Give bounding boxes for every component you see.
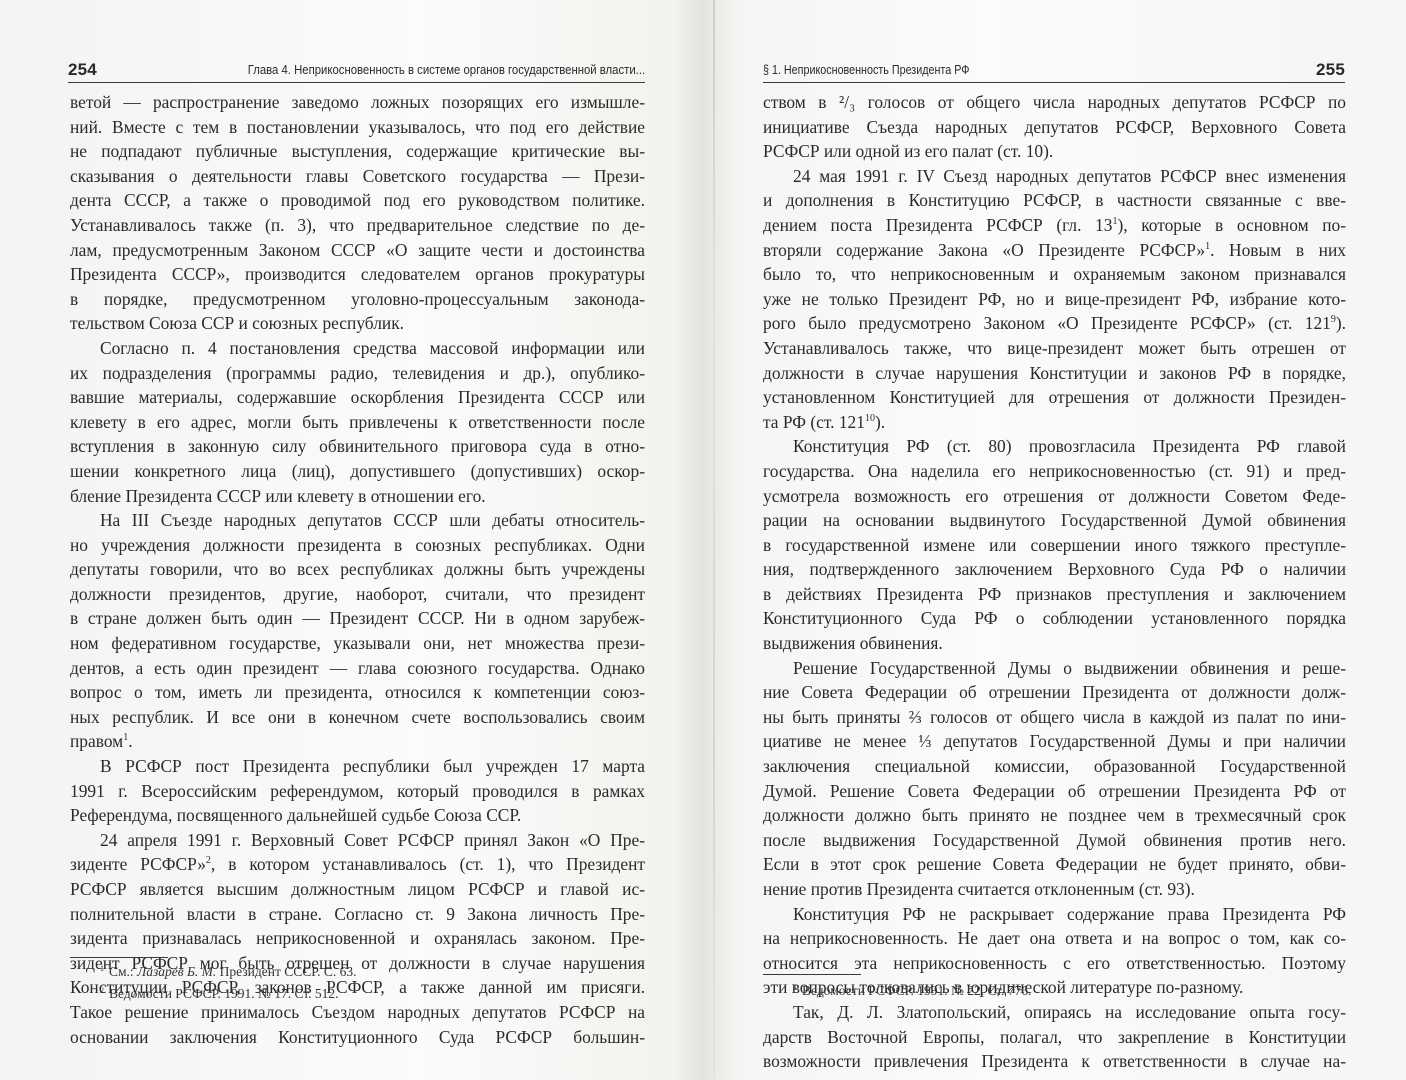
text-line: установленном Конституцией для отрешения…	[763, 385, 1346, 410]
text-line: ние Совета Федерации об отрешении Презид…	[763, 680, 1346, 705]
text-line: тельством Союза ССР и союзных республик.	[70, 311, 645, 336]
text-line: лам, предусмотренным Законом СССР «О защ…	[70, 238, 645, 263]
text-line: Устанавливалось также, что вице-президен…	[763, 336, 1346, 361]
right-page: § 1. Неприкосновенность Президента РФ 25…	[703, 0, 1406, 1080]
footnote-separator	[763, 974, 861, 975]
text-line: рации на основании выдвинутого Государст…	[763, 508, 1346, 533]
text-line: РСФСР или одной из его палат (ст. 10).	[763, 139, 1346, 164]
text-line: зиденте РСФСР»2, в котором устанавливало…	[70, 852, 645, 877]
text-line: их подразделения (программы радио, телев…	[70, 361, 645, 386]
section-title: § 1. Неприкосновенность Президента РФ	[763, 61, 969, 82]
text-line: ных республик. И все они в конечном счет…	[70, 705, 645, 730]
text-line: РСФСР является высшим должностным лицом …	[70, 877, 645, 902]
text-line: в действиях Президента РФ признаков прес…	[763, 582, 1346, 607]
text-line: должности должно быть принято не позднее…	[763, 803, 1346, 828]
text-line: рого было предусмотрено Законом «О Прези…	[763, 311, 1346, 336]
text-line: ны быть приняты ⅔ голосов от общего числ…	[763, 705, 1346, 730]
text-line: бление Президента СССР или клевету в отн…	[70, 484, 645, 509]
text-line: ния, подтвержденного заключением Верховн…	[763, 557, 1346, 582]
text-line: Конституционного Суда РФ о соблюдении ус…	[763, 606, 1346, 631]
right-running-head: § 1. Неприкосновенность Президента РФ 25…	[763, 58, 1345, 83]
text-line: шении конкретного лица (лиц), допустивше…	[70, 459, 645, 484]
text-line: дента СССР, а также о проводимой под его…	[70, 188, 645, 213]
right-body-text: ством в ²/₃ голосов от общего числа наро…	[763, 90, 1346, 1074]
text-line: Референдума, посвященного дальнейшей суд…	[70, 803, 645, 828]
text-line: основании заключения Конституционного Су…	[70, 1025, 645, 1050]
text-line: депутаты говорили, что во всех республик…	[70, 557, 645, 582]
text-line: вавшие материалы, содержавшие оскорблени…	[70, 385, 645, 410]
chapter-title: Глава 4. Неприкосновенность в системе ор…	[248, 61, 645, 82]
left-body-text: ветой — распространение заведомо ложных …	[70, 90, 645, 1049]
text-line: Решение Государственной Думы о выдвижени…	[763, 656, 1346, 681]
footnote: 1См.: Лазарев Б. М. Президент СССР. С. 6…	[70, 961, 356, 983]
text-line: та РФ (ст. 12110).	[763, 410, 1346, 435]
left-footnotes: 1См.: Лазарев Б. М. Президент СССР. С. 6…	[70, 961, 356, 1005]
text-line: государства. Она наделила его неприкосно…	[763, 459, 1346, 484]
text-line: но учреждения должности президента в сою…	[70, 533, 645, 558]
text-line: заключения специальной комиссии, образов…	[763, 754, 1346, 779]
footnote-separator	[70, 957, 168, 958]
text-line: сказывания о деятельности главы Советско…	[70, 164, 645, 189]
text-line: правом1.	[70, 729, 645, 754]
text-line: 24 апреля 1991 г. Верховный Совет РСФСР …	[70, 828, 645, 853]
text-line: зидента признавалась неприкосновенной и …	[70, 926, 645, 951]
text-line: Устанавливалось также (п. 3), что предва…	[70, 213, 645, 238]
text-line: 24 мая 1991 г. IV Съезд народных депутат…	[763, 164, 1346, 189]
footnote-ref: 10	[865, 413, 875, 424]
text-line: дарств Восточной Европы, полагал, что за…	[763, 1025, 1346, 1050]
text-line: дентов, а есть один президент — глава со…	[70, 656, 645, 681]
text-line: было то, что неприкосновенным и охраняем…	[763, 262, 1346, 287]
text-line: клевету в его адрес, могли быть привлече…	[70, 410, 645, 435]
text-line: Конституция РФ не раскрывает содержание …	[763, 902, 1346, 927]
text-line: Конституция РФ (ст. 80) провозгласила Пр…	[763, 434, 1346, 459]
text-line: и дополнения в Конституцию РСФСР, в част…	[763, 188, 1346, 213]
page-number: 254	[68, 60, 97, 82]
text-line: В РСФСР пост Президента республики был у…	[70, 754, 645, 779]
text-line: ний. Вместе с тем в постановлении указыв…	[70, 115, 645, 140]
text-line: дением поста Президента РСФСР (гл. 131),…	[763, 213, 1346, 238]
text-line: Так, Д. Л. Златопольский, опираясь на ис…	[763, 1000, 1346, 1025]
text-line: должности президентов, другие, наоборот,…	[70, 582, 645, 607]
footnote: 2Ведомости РСФСР. 1991. № 17. Ст. 512.	[70, 983, 356, 1005]
text-line: должности в случае нарушения Конституции…	[763, 361, 1346, 386]
left-page: 254 Глава 4. Неприкосновенность в систем…	[0, 0, 703, 1080]
text-line: относится эта неприкосновенность с его о…	[763, 951, 1346, 976]
text-line: на неприкосновенность. Не дает она ответ…	[763, 926, 1346, 951]
footnote: 1Ведомости РСФСР. 1991. № 22. Ст. 776.	[763, 980, 1032, 1002]
text-line: полнительной власти в стране. Согласно с…	[70, 902, 645, 927]
text-line: в стране должен быть один — Президент СС…	[70, 606, 645, 631]
text-line: вопрос о том, иметь ли президента, относ…	[70, 680, 645, 705]
text-line: не подпадают публичные выступления, соде…	[70, 139, 645, 164]
text-line: в порядке, предусмотренном уголовно-проц…	[70, 287, 645, 312]
text-line: уже не только Президент РФ, но и вице-пр…	[763, 287, 1346, 312]
text-line: На III Съезде народных депутатов СССР шл…	[70, 508, 645, 533]
text-line: ном федеративном государстве, указывали …	[70, 631, 645, 656]
text-line: Президента СССР», производится следовате…	[70, 262, 645, 287]
text-line: в государственной измене или совершении …	[763, 533, 1346, 558]
text-line: циативе не менее ⅓ депутатов Государстве…	[763, 729, 1346, 754]
book-spine-gutter	[713, 0, 715, 1080]
text-line: усмотрела возможность его отрешения от д…	[763, 484, 1346, 509]
left-running-head: 254 Глава 4. Неприкосновенность в систем…	[68, 58, 645, 83]
text-line: ветой — распространение заведомо ложных …	[70, 90, 645, 115]
text-line: Согласно п. 4 постановления средства мас…	[70, 336, 645, 361]
right-footnotes: 1Ведомости РСФСР. 1991. № 22. Ст. 776.	[763, 980, 1032, 1002]
text-line: Думой. Решение Совета Федерации об отреш…	[763, 779, 1346, 804]
page-number: 255	[1316, 60, 1345, 82]
text-line: Если в этот срок решение Совета Федераци…	[763, 852, 1346, 877]
text-line: нение против Президента считается отклон…	[763, 877, 1346, 902]
text-line: вступления в законную силу обвинительног…	[70, 434, 645, 459]
book-spread: 254 Глава 4. Неприкосновенность в систем…	[0, 0, 1406, 1080]
text-line: выдвижения обвинения.	[763, 631, 1346, 656]
text-line: ством в ²/₃ голосов от общего числа наро…	[763, 90, 1346, 115]
text-line: вторяли содержание Закона «О Президенте …	[763, 238, 1346, 263]
text-line: инициативе Съезда народных депутатов РСФ…	[763, 115, 1346, 140]
text-line: возможности привлечения Президента к отв…	[763, 1049, 1346, 1074]
text-line: после выдвижения Государственной Думой о…	[763, 828, 1346, 853]
text-line: 1991 г. Всероссийским референдумом, кото…	[70, 779, 645, 804]
